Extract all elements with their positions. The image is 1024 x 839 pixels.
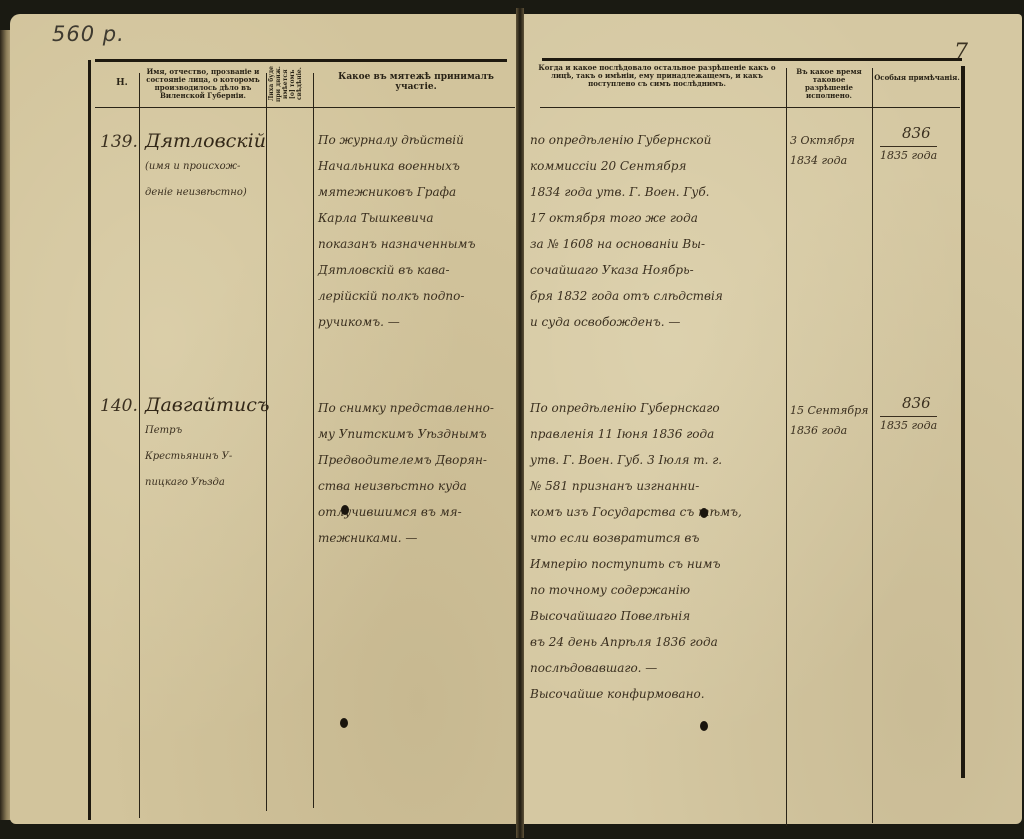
text-line: Имперію поступить съ нимъ (530, 551, 742, 577)
name-line: (имя и происхож- (145, 154, 266, 180)
text-line: коммиссіи 20 Сентября (530, 153, 723, 179)
text-line: 1834 года (790, 148, 855, 174)
left-frame-line (88, 60, 91, 820)
text-line: показанъ назначеннымъ (318, 231, 475, 257)
header-estate: Лиха буде при движ. имѣется [о] томъ свѣ… (268, 64, 312, 104)
text-line: Высочайшаго Повелѣнія (530, 603, 742, 629)
entry-remarks: 836 1835 года (880, 120, 937, 169)
header-remarks: Особыя примѣчанія. (874, 74, 960, 82)
text-line: по точному содержанію (530, 577, 742, 603)
text-line: 1834 года утв. Г. Воен. Губ. (530, 179, 723, 205)
text-line: Предводителемъ Дворян- (318, 447, 494, 473)
surname: Дятловскій (145, 128, 266, 154)
text-line: 1835 года (880, 413, 937, 439)
entry-executed: 15 Сентября 1836 года (790, 398, 868, 444)
text-line: за № 1608 на основаніи Вы- (530, 231, 723, 257)
name-line: пицкаго Уѣзда (145, 470, 270, 496)
text-line: по опредѣленію Губернской (530, 127, 723, 153)
folio-number: 7 (954, 40, 968, 65)
text-line: Начальника военныхъ (318, 153, 475, 179)
entry-number: 140. (100, 396, 138, 416)
entry-executed: 3 Октября 1834 года (790, 128, 855, 174)
text-line: лерійскій полкъ подпо- (318, 283, 475, 309)
text-line: и суда освобожденъ. — (530, 309, 723, 335)
text-line: въ 24 день Апрѣля 1836 года (530, 629, 742, 655)
surname: Давгайтисъ (145, 392, 270, 418)
binding-hole (700, 508, 708, 518)
text-line: правленія 11 Іюня 1836 года (530, 421, 742, 447)
text-line: мятежниковъ Графа (318, 179, 475, 205)
text-line: бря 1832 года отъ слѣдствія (530, 283, 723, 309)
right-frame-line (961, 66, 965, 778)
name-line: деніе неизвѣстно) (145, 180, 266, 206)
header-participation: Какое въ мятежѣ принималъ участіе. (318, 72, 514, 93)
text-line: комъ изъ Государства съ тѣмъ, (530, 499, 742, 525)
text-line: му Упитскимъ Уѣзднымъ (318, 421, 494, 447)
entry-resolution: по опредѣленію Губернской коммиссіи 20 С… (530, 127, 723, 335)
left-top-rule (95, 59, 507, 62)
header-executed: Въ какое время таковое разрѣшеніе исполн… (788, 68, 870, 100)
binding-hole (700, 721, 708, 731)
right-header-rule (540, 107, 960, 108)
text-line: Карла Тышкевича (318, 205, 475, 231)
entry-remarks: 836 1835 года (880, 390, 937, 439)
left-header-rule (95, 107, 515, 108)
text-line: № 581 признанъ изгнанни- (530, 473, 742, 499)
binding-hole (341, 505, 349, 515)
entry-participation: По снимку представленно- му Упитскимъ Уѣ… (318, 395, 494, 551)
binding-hole (340, 718, 348, 728)
text-line: тежниками. — (318, 525, 494, 551)
header-resolution: Когда и какое послѣдовало остальное разр… (530, 64, 784, 88)
ledger-scan: 560 р. 7 Н. Имя, отчество, прозваніе и с… (0, 0, 1024, 839)
text-line: ства неизвѣстно куда (318, 473, 494, 499)
entry-name: Давгайтисъ Петръ Крестьянинъ У- пицкаго … (145, 392, 270, 496)
book-gutter (516, 8, 524, 838)
col-divider-number (139, 73, 140, 818)
text-line: что если возвратится въ (530, 525, 742, 551)
entry-number: 139. (100, 132, 138, 152)
text-line: ручикомъ. — (318, 309, 475, 335)
text-line: Дятловскій въ кава- (318, 257, 475, 283)
entry-name: Дятловскій (имя и происхож- деніе неизвѣ… (145, 128, 266, 206)
entry-resolution: По опредѣленію Губернскаго правленія 11 … (530, 395, 742, 707)
text-line: По снимку представленно- (318, 395, 494, 421)
text-line: По опредѣленію Губернскаго (530, 395, 742, 421)
archive-number: 560 р. (52, 22, 125, 46)
header-name: Имя, отчество, прозваніе и состояніе лиц… (141, 68, 265, 100)
text-line: 1835 года (880, 143, 937, 169)
text-line: По журналу дѣйствій (318, 127, 475, 153)
col-divider-estate (313, 73, 314, 808)
name-line: Петръ (145, 418, 270, 444)
name-line: Крестьянинъ У- (145, 444, 270, 470)
col-divider-resolution (786, 68, 787, 826)
text-line: Высочайше конфирмовано. (530, 681, 742, 707)
col-divider-executed (872, 68, 873, 823)
right-top-rule (542, 58, 962, 61)
text-line: утв. Г. Воен. Губ. 3 Іюля т. г. (530, 447, 742, 473)
entry-participation: По журналу дѣйствій Начальника военныхъ … (318, 127, 475, 335)
text-line: 17 октября того же года (530, 205, 723, 231)
text-line: послѣдовавшаго. — (530, 655, 742, 681)
header-number: Н. (110, 78, 134, 88)
text-line: сочайшаго Указа Ноябрь- (530, 257, 723, 283)
